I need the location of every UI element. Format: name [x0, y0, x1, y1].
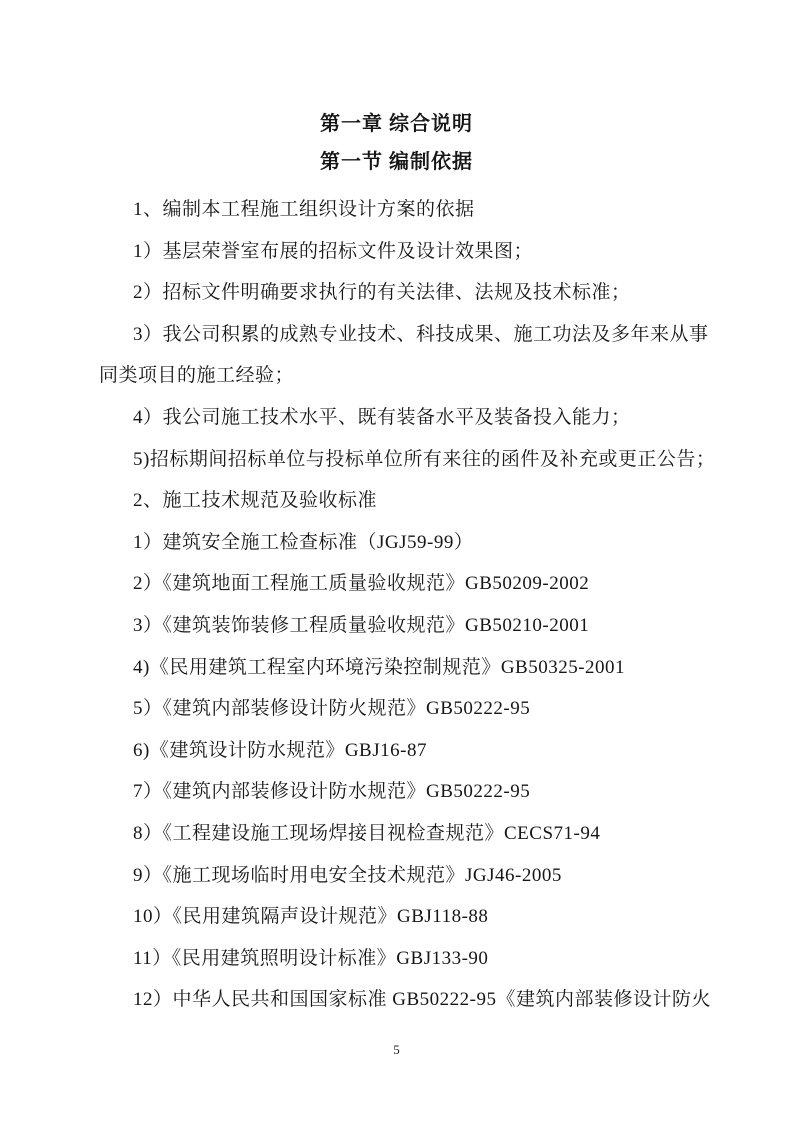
- document-line: 11）《民用建筑照明设计标准》GBJ133-90: [99, 938, 694, 980]
- document-line: 6)《建筑设计防水规范》GBJ16-87: [99, 730, 694, 772]
- document-line: 4)《民用建筑工程室内环境污染控制规范》GB50325-2001: [99, 647, 694, 689]
- document-line: 2）《建筑地面工程施工质量验收规范》GB50209-2002: [99, 563, 694, 605]
- document-line: 3）我公司积累的成熟专业技术、科技成果、施工功法及多年来从事: [99, 314, 694, 356]
- chapter-heading: 第一章 综合说明: [99, 110, 694, 138]
- document-line: 1、编制本工程施工组织设计方案的依据: [99, 189, 694, 231]
- section-heading: 第一节 编制依据: [99, 148, 694, 176]
- document-line: 12）中华人民共和国国家标准 GB50222-95《建筑内部装修设计防火: [99, 979, 694, 1021]
- document-line: 8）《工程建设施工现场焊接目视检查规范》CECS71-94: [99, 813, 694, 855]
- document-line: 10）《民用建筑隔声设计规范》GBJ118-88: [99, 896, 694, 938]
- document-line: 1）建筑安全施工检查标准（JGJ59-99）: [99, 522, 694, 564]
- document-line: 1）基层荣誉室布展的招标文件及设计效果图；: [99, 231, 694, 273]
- document-line: 5)招标期间招标单位与投标单位所有来往的函件及补充或更正公告；: [99, 439, 694, 481]
- document-body: 1、编制本工程施工组织设计方案的依据1）基层荣誉室布展的招标文件及设计效果图；2…: [99, 189, 694, 1021]
- document-line: 3）《建筑装饰装修工程质量验收规范》GB50210-2001: [99, 605, 694, 647]
- page-number: 5: [0, 1042, 793, 1058]
- document-line: 7）《建筑内部装修设计防水规范》GB50222-95: [99, 771, 694, 813]
- document-line: 2）招标文件明确要求执行的有关法律、法规及技术标准；: [99, 272, 694, 314]
- document-line: 2、施工技术规范及验收标准: [99, 480, 694, 522]
- document-page: 第一章 综合说明 第一节 编制依据 1、编制本工程施工组织设计方案的依据1）基层…: [0, 0, 793, 1122]
- document-line: 5）《建筑内部装修设计防火规范》GB50222-95: [99, 688, 694, 730]
- document-line: 4）我公司施工技术水平、既有装备水平及装备投入能力；: [99, 397, 694, 439]
- document-line: 9）《施工现场临时用电安全技术规范》JGJ46-2005: [99, 855, 694, 897]
- document-line: 同类项目的施工经验；: [99, 355, 694, 397]
